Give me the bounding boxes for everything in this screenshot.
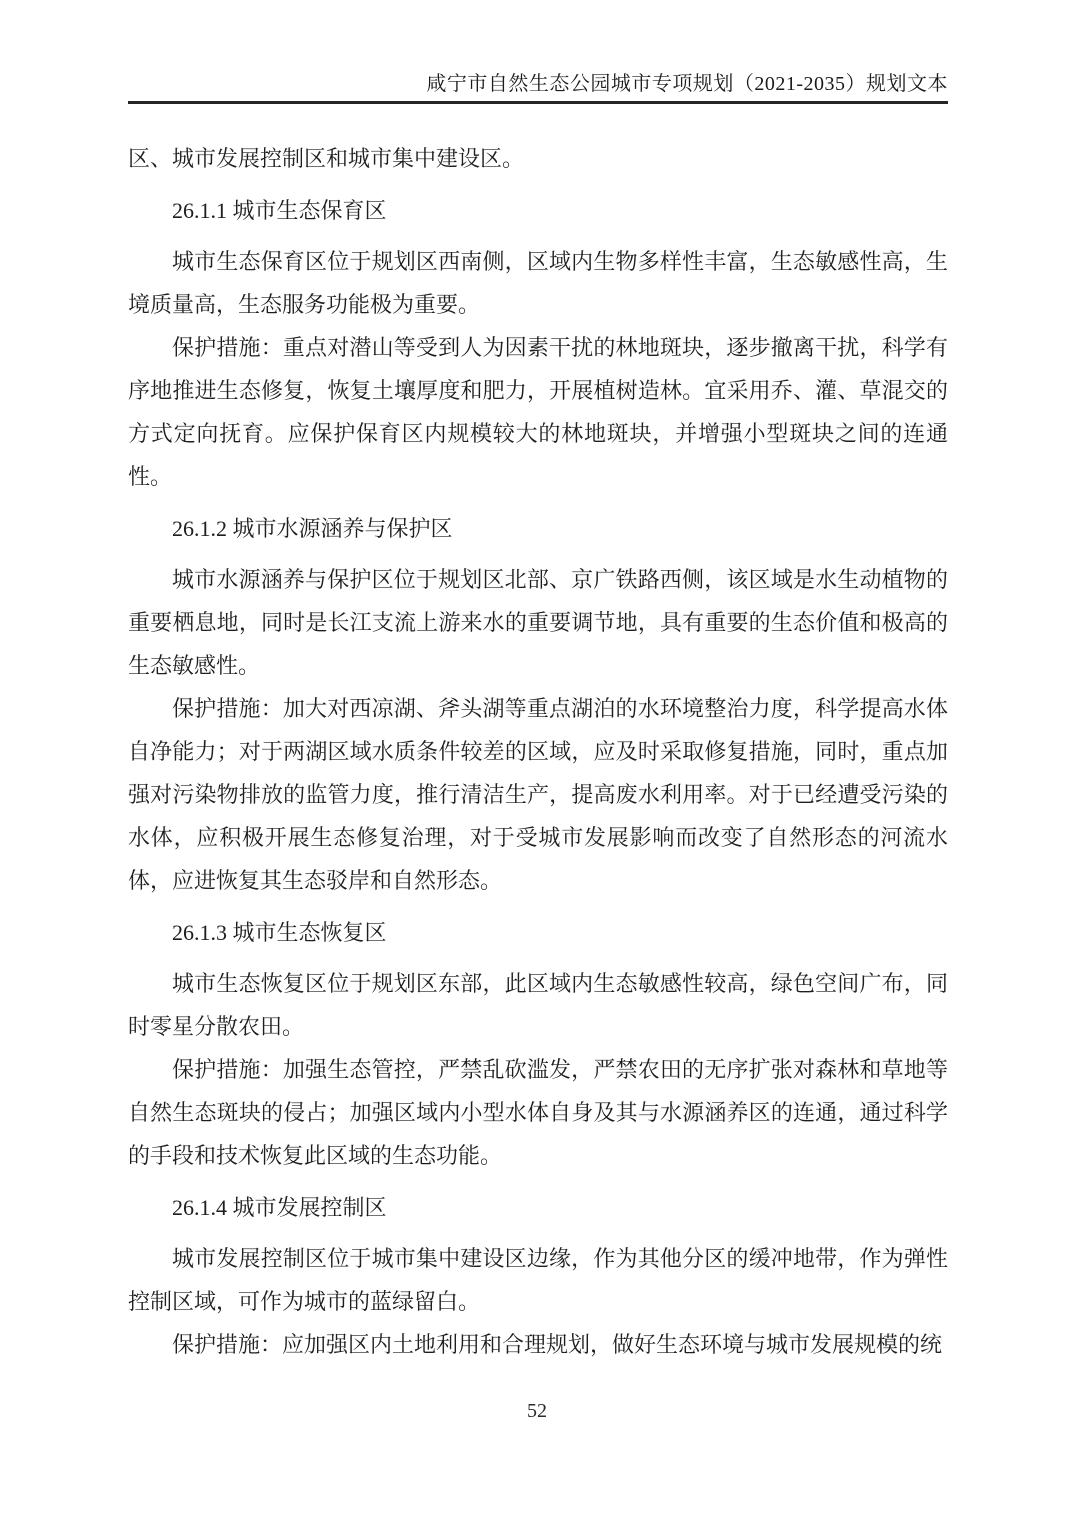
paragraph: 城市水源涵养与保护区位于规划区北部、京广铁路西侧，该区域是水生动植物的重要栖息地… [128,558,948,687]
section-heading-26-1-4: 26.1.4 城市发展控制区 [128,1186,948,1229]
document-body: 区、城市发展控制区和城市集中建设区。 26.1.1 城市生态保育区 城市生态保育… [128,137,948,1366]
continuation-paragraph: 区、城市发展控制区和城市集中建设区。 [128,137,948,180]
paragraph: 保护措施：重点对潜山等受到人为因素干扰的林地斑块，逐步撤离干扰，科学有序地推进生… [128,326,948,498]
paragraph: 保护措施：加大对西凉湖、斧头湖等重点湖泊的水环境整治力度，科学提高水体自净能力；… [128,687,948,902]
paragraph: 城市发展控制区位于城市集中建设区边缘，作为其他分区的缓冲地带，作为弹性控制区域，… [128,1237,948,1323]
section-heading-26-1-2: 26.1.2 城市水源涵养与保护区 [128,507,948,550]
paragraph: 城市生态恢复区位于规划区东部，此区域内生态敏感性较高，绿色空间广布，同时零星分散… [128,962,948,1048]
text-column: 咸宁市自然生态公园城市专项规划（2021-2035）规划文本 区、城市发展控制区… [0,0,1074,1366]
paragraph: 保护措施：应加强区内土地利用和合理规划，做好生态环境与城市发展规模的统 [128,1323,948,1366]
paragraph: 保护措施：加强生态管控，严禁乱砍滥发，严禁农田的无序扩张对森林和草地等自然生态斑… [128,1048,948,1177]
document-page: 咸宁市自然生态公园城市专项规划（2021-2035）规划文本 区、城市发展控制区… [0,0,1074,1520]
page-header-title: 咸宁市自然生态公园城市专项规划（2021-2035）规划文本 [128,0,948,104]
page-number: 52 [0,1398,1074,1424]
section-heading-26-1-3: 26.1.3 城市生态恢复区 [128,911,948,954]
paragraph: 城市生态保育区位于规划区西南侧，区域内生物多样性丰富，生态敏感性高，生境质量高，… [128,240,948,326]
section-heading-26-1-1: 26.1.1 城市生态保育区 [128,189,948,232]
